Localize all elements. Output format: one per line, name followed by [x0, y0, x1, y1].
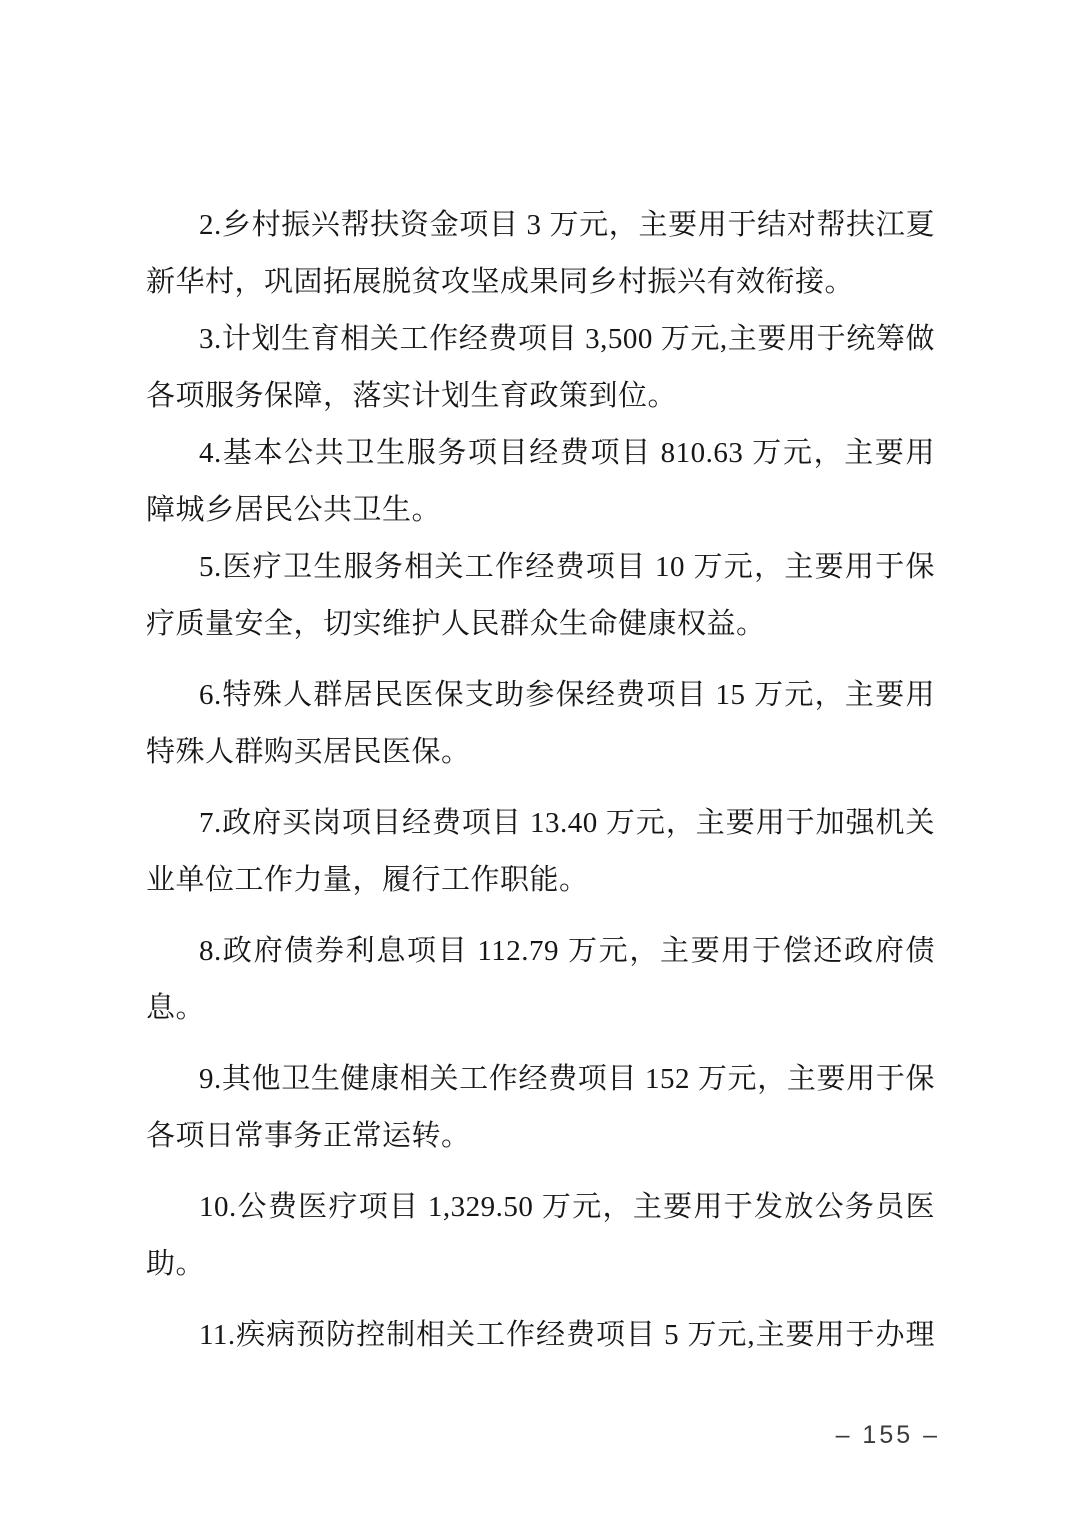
text-line: 新华村，巩固拓展脱贫攻坚成果同乡村振兴有效衔接。 [146, 254, 935, 311]
text-line: 11.疾病预防控制相关工作经费项目 5 万元,主要用于办理从 [146, 1307, 935, 1364]
document-body: 2.乡村振兴帮扶资金项目 3 万元，主要用于结对帮扶江夏区 新华村，巩固拓展脱贫… [146, 197, 935, 1364]
text-line: 各项日常事务正常运转。 [146, 1108, 935, 1165]
text-line: 业单位工作力量，履行工作职能。 [146, 852, 935, 909]
text-line: 4.基本公共卫生服务项目经费项目 810.63 万元，主要用于保 [146, 425, 935, 482]
text-line: 障城乡居民公共卫生。 [146, 482, 935, 539]
paragraph-item-7: 7.政府买岗项目经费项目 13.40 万元，主要用于加强机关事 业单位工作力量，… [146, 795, 935, 909]
text-line: 7.政府买岗项目经费项目 13.40 万元，主要用于加强机关事 [146, 795, 935, 852]
text-line: 6.特殊人群居民医保支助参保经费项目 15 万元，主要用于为 [146, 667, 935, 724]
text-line: 息。 [146, 980, 935, 1037]
text-line: 疗质量安全，切实维护人民群众生命健康权益。 [146, 596, 935, 653]
text-line: 10.公费医疗项目 1,329.50 万元，主要用于发放公务员医疗补 [146, 1179, 935, 1236]
text-line: 特殊人群购买居民医保。 [146, 724, 935, 781]
paragraph-item-4: 4.基本公共卫生服务项目经费项目 810.63 万元，主要用于保 障城乡居民公共… [146, 425, 935, 539]
text-line: 3.计划生育相关工作经费项目 3,500 万元,主要用于统筹做好 [146, 311, 935, 368]
paragraph-item-10: 10.公费医疗项目 1,329.50 万元，主要用于发放公务员医疗补 助。 [146, 1179, 935, 1293]
page-number: – 155 – [836, 1420, 940, 1450]
paragraph-item-3: 3.计划生育相关工作经费项目 3,500 万元,主要用于统筹做好 各项服务保障，… [146, 311, 935, 425]
paragraph-item-11: 11.疾病预防控制相关工作经费项目 5 万元,主要用于办理从 [146, 1307, 935, 1364]
paragraph-item-5: 5.医疗卫生服务相关工作经费项目 10 万元，主要用于保障医 疗质量安全，切实维… [146, 539, 935, 653]
document-page: 2.乡村振兴帮扶资金项目 3 万元，主要用于结对帮扶江夏区 新华村，巩固拓展脱贫… [0, 0, 1074, 1520]
paragraph-item-2: 2.乡村振兴帮扶资金项目 3 万元，主要用于结对帮扶江夏区 新华村，巩固拓展脱贫… [146, 197, 935, 311]
text-line: 9.其他卫生健康相关工作经费项目 152 万元，主要用于保障 [146, 1051, 935, 1108]
text-line: 助。 [146, 1236, 935, 1293]
paragraph-item-6: 6.特殊人群居民医保支助参保经费项目 15 万元，主要用于为 特殊人群购买居民医… [146, 667, 935, 781]
text-line: 8.政府债券利息项目 112.79 万元，主要用于偿还政府债券利 [146, 923, 935, 980]
text-line: 各项服务保障，落实计划生育政策到位。 [146, 368, 935, 425]
paragraph-item-9: 9.其他卫生健康相关工作经费项目 152 万元，主要用于保障 各项日常事务正常运… [146, 1051, 935, 1165]
text-line: 2.乡村振兴帮扶资金项目 3 万元，主要用于结对帮扶江夏区 [146, 197, 935, 254]
paragraph-item-8: 8.政府债券利息项目 112.79 万元，主要用于偿还政府债券利 息。 [146, 923, 935, 1037]
text-line: 5.医疗卫生服务相关工作经费项目 10 万元，主要用于保障医 [146, 539, 935, 596]
